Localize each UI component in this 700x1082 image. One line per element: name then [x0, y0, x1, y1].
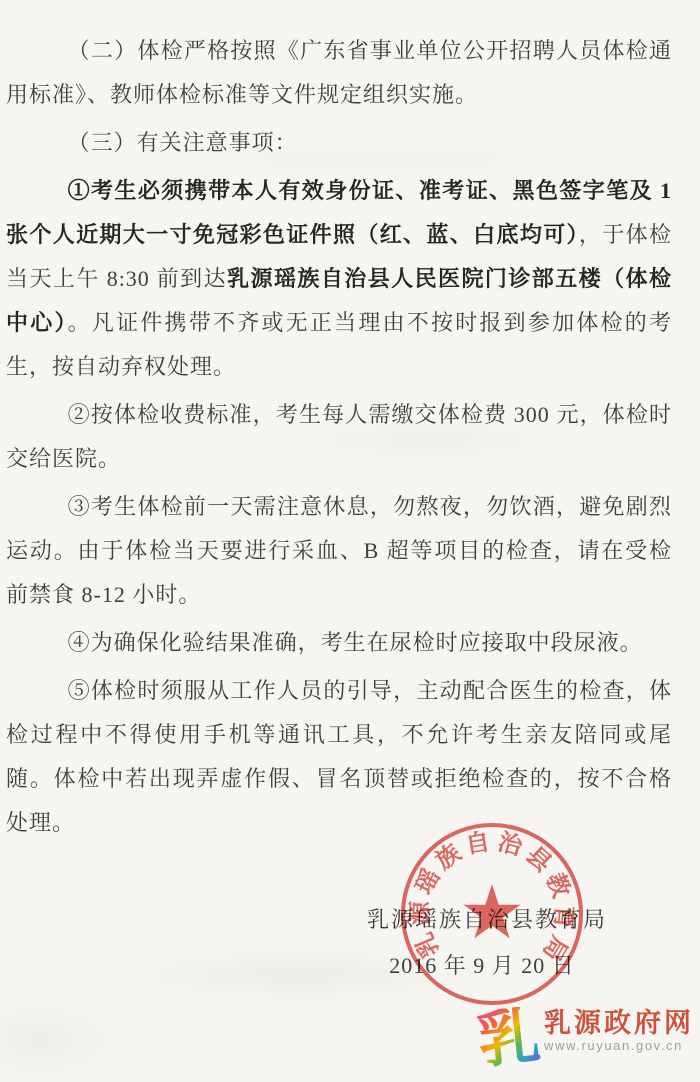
text-run: ⑤体检时须服从工作人员的引导，主动配合医生的检查，体检过程中不得使用手机等通讯工…: [6, 678, 672, 835]
site-watermark: 乳 乳源政府网 www.ruyuan.gov.cn: [478, 1008, 694, 1070]
five-pointed-star-icon: [464, 884, 521, 938]
text-run: ④为确保化验结果准确，考生在尿检时应接取中段尿液。: [68, 630, 643, 655]
bold-text-run: ①考生必须携带本人有效身份证、准考证、黑色签字笔及 1 张个人近期大一寸免冠彩色…: [6, 178, 672, 247]
watermark-url: www.ruyuan.gov.cn: [544, 1038, 694, 1053]
paragraph: （三）有关注意事项：: [6, 121, 672, 165]
watermark-site-name: 乳源政府网: [544, 1008, 694, 1038]
text-run: ②按体检收费标准，考生每人需缴交体检费 300 元，体检时交给医院。: [6, 402, 672, 471]
text-run: （三）有关注意事项：: [68, 130, 298, 155]
dragon-logo-icon: 乳: [475, 1005, 543, 1073]
official-seal: 乳源瑶族自治县教育局: [392, 814, 592, 1014]
paragraph: （二）体检严格按照《广东省事业单位公开招聘人员体检通用标准》、教师体检标准等文件…: [6, 29, 672, 117]
text-run: 。凡证件携带不齐或无正当理由不按时报到参加体检的考生，按自动弃权处理。: [6, 310, 672, 379]
paragraph: ④为确保化验结果准确，考生在尿检时应接取中段尿液。: [6, 621, 672, 665]
paragraph: ③考生体检前一天需注意休息，勿熬夜，勿饮酒，避免剧烈运动。由于体检当天要进行采血…: [6, 485, 672, 617]
paragraph: ①考生必须携带本人有效身份证、准考证、黑色签字笔及 1 张个人近期大一寸免冠彩色…: [6, 169, 672, 389]
paragraph: ②按体检收费标准，考生每人需缴交体检费 300 元，体检时交给医院。: [6, 393, 672, 481]
scanned-document-page: （二）体检严格按照《广东省事业单位公开招聘人员体检通用标准》、教师体检标准等文件…: [0, 0, 700, 1082]
document-body: （二）体检严格按照《广东省事业单位公开招聘人员体检通用标准》、教师体检标准等文件…: [6, 29, 672, 849]
watermark-text-column: 乳源政府网 www.ruyuan.gov.cn: [544, 1008, 694, 1053]
text-run: （二）体检严格按照《广东省事业单位公开招聘人员体检通用标准》、教师体检标准等文件…: [6, 38, 672, 107]
text-run: ③考生体检前一天需注意休息，勿熬夜，勿饮酒，避免剧烈运动。由于体检当天要进行采血…: [6, 494, 672, 607]
